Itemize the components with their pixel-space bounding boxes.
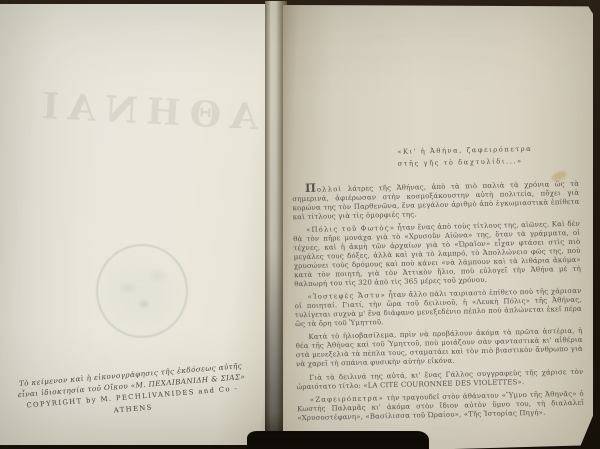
epigraph: «Κι' ἡ Ἀθήνα, ζαφειρόπετρα στῆς γῆς τὸ δ… <box>397 143 577 170</box>
left-page: ΑΘΗΝΑΙ Τὸ κείμενον καὶ ἡ εἰκονογράφησις … <box>0 4 270 445</box>
drop-cap: Π <box>305 181 317 195</box>
right-page-content: «Κι' ἡ Ἀθήνα, ζαφειρόπετρα στῆς γῆς τὸ δ… <box>278 2 598 449</box>
paragraph: «Πόλις τοῦ Φωτὸς» ἦταν ἕνας ἀπὸ τοὺς τίτ… <box>293 218 581 289</box>
paragraph: «Ζαφειρόπετρα» τὴν τραγουδεῖ στὸν ἀθάνατ… <box>297 388 585 423</box>
library-stamp <box>96 244 188 338</box>
paragraph: Κατὰ τὸ ἡλιοβασίλεμα, πρὶν νὰ προβάλουν … <box>295 325 583 369</box>
paragraph: Πολλοὶ λάτρες τῆς Ἀθήνας, ἀπὸ τὰ πιὸ παλ… <box>292 178 580 222</box>
paragraph: «Ἰοστεφὲς Ἄστυ» ἦταν ἄλλο πάλι ταιριαστὸ… <box>294 285 582 329</box>
title-showthrough-text: ΑΘΗΝΑΙ <box>17 84 259 139</box>
body-text: Πολλοὶ λάτρες τῆς Ἀθήνας, ἀπὸ τὰ πιὸ παλ… <box>292 178 584 426</box>
bottom-gutter-shadow <box>247 431 429 449</box>
